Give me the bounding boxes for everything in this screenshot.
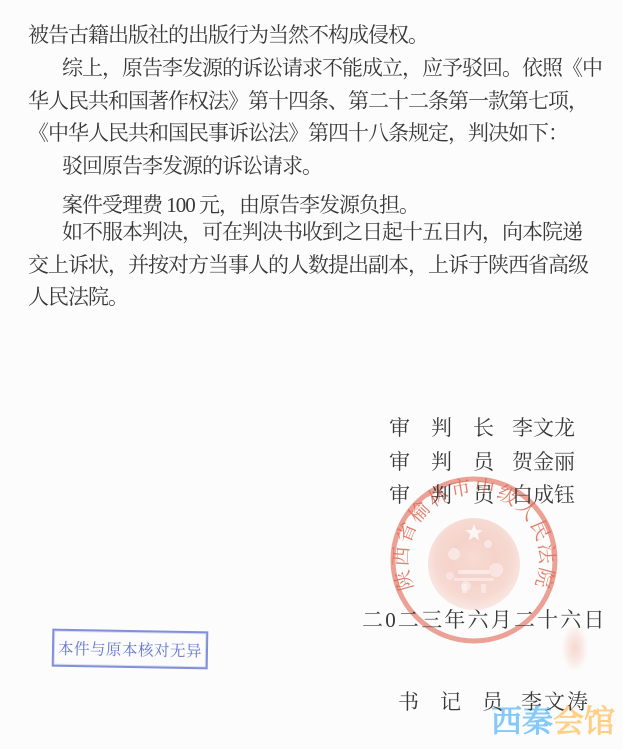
signature-role: 书 记 员 — [398, 690, 503, 714]
body-line-ruling: 驳回原告李发源的诉讼请求。 — [28, 150, 600, 183]
signature-name: 李文涛 — [521, 690, 590, 714]
signature-role: 审 判 员 — [389, 483, 494, 507]
body-line: 如不服本判决，可在判决书收到之日起十五日内，向本院递 — [28, 216, 600, 249]
verification-stamp-text: 本件与原本核对无异 — [58, 637, 202, 662]
verification-stamp: 本件与原本核对无异 — [52, 629, 209, 670]
body-line: 综上，原告李发源的诉讼请求不能成立，应予驳回。依照《中 — [28, 52, 600, 85]
body-line: 华人民共和国著作权法》第十四条、第二十二条第一款第七项， — [28, 85, 600, 118]
body-line: 被告古籍出版社的出版行为当然不构成侵权。 — [28, 19, 600, 52]
signature-clerk: 书 记 员李文涛 — [377, 666, 590, 738]
body-line: 《中华人民共和国民事诉讼法》第四十八条规定，判决如下： — [28, 117, 600, 150]
signature-name: 白成钰 — [512, 483, 575, 507]
judgment-date: 二0二三年六月二十六日 — [362, 608, 607, 633]
body-line: 人民法院。 — [28, 281, 600, 314]
signature-judge: 审 判 员白成钰 — [368, 459, 575, 531]
judgment-body: 被告古籍出版社的出版行为当然不构成侵权。 综上，原告李发源的诉讼请求不能成立，应… — [28, 19, 600, 314]
seal-emblem — [428, 518, 520, 610]
judgment-page: 被告古籍出版社的出版行为当然不构成侵权。 综上，原告李发源的诉讼请求不能成立，应… — [0, 0, 623, 749]
body-line: 交上诉状，并按对方当事人的人数提出副本，上诉于陕西省高级 — [28, 249, 600, 282]
